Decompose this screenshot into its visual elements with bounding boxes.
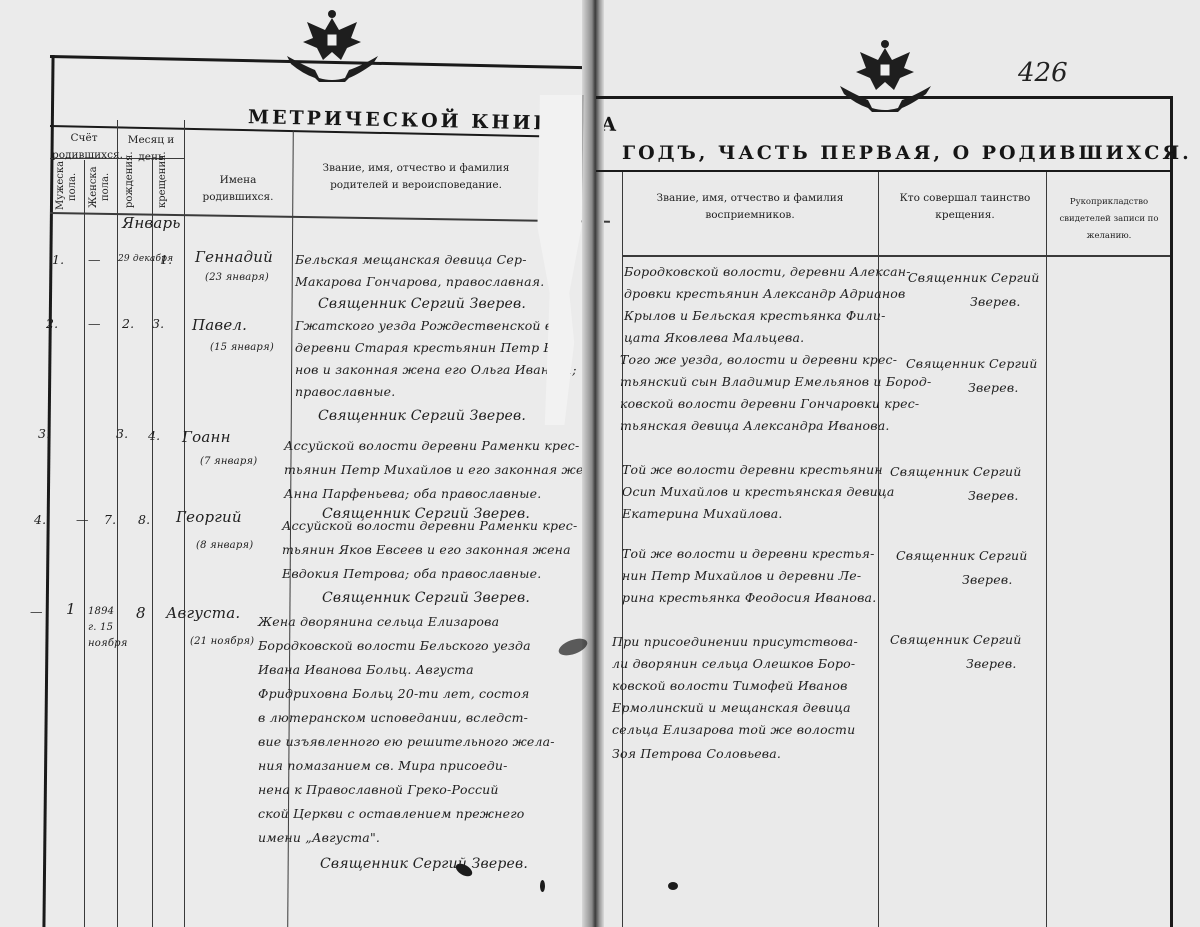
entry3-parents-1: Ассуйской волости деревни Раменки крес-	[284, 438, 579, 453]
r-entry5-godparents-1: При присоединении присутствова-	[612, 634, 858, 649]
col-line	[84, 160, 85, 927]
r-entry1-godparents-4: цата Яковлева Мальцева.	[624, 330, 804, 345]
r-entry2-performed-1: Священник Сергий	[906, 356, 1038, 371]
header-godparents: Звание, имя, отчество и фамилия восприем…	[640, 190, 860, 224]
entry5-male-no: —	[30, 604, 43, 619]
entry3-parents-3: Анна Парфеньева; оба православные.	[284, 486, 541, 501]
ink-blot	[668, 882, 678, 890]
header-parents: Звание, имя, отчество и фамилия родителе…	[296, 160, 536, 194]
r-entry5-godparents-6: Зоя Петрова Соловьева.	[612, 746, 781, 761]
entry4-name: Георгий	[176, 508, 242, 526]
entry5-parents-3: Ивана Иванова Больц. Августа	[258, 662, 474, 677]
entry5-parents-9: ской Церкви с оставлением прежнего	[258, 806, 524, 821]
entry2-male-no: 2.	[46, 316, 58, 331]
entry1-parents-2: Макарова Гончарова, православная.	[295, 274, 544, 289]
r-entry5-godparents-2: ли дворянин сельца Олешков Боро-	[612, 656, 855, 671]
r-entry5-godparents-3: ковской волости Тимофей Иванов	[612, 678, 848, 693]
entry1-baptism: 1.	[160, 252, 172, 267]
right-title-rule	[596, 170, 1172, 172]
entry5-parents-5: в лютеранском исповедании, вследст-	[258, 710, 528, 725]
r-entry4-godparents-1: Той же волости и деревни крестья-	[622, 546, 875, 561]
r-entry4-performed-2: Зверев.	[962, 572, 1013, 587]
entry1-parents-1: Бельская мещанская девица Сер-	[295, 252, 527, 267]
entry4-name-date: (8 января)	[196, 540, 253, 551]
r-entry2-godparents-1: Того же уезда, волости и деревни крес-	[620, 352, 897, 367]
entry5-parents-8: нена к Православной Греко-Россий	[258, 782, 499, 797]
entry5-priest: Священник Сергий Зверев.	[320, 856, 528, 872]
entry4-parents-3: Евдокия Петрова; оба православные.	[282, 566, 541, 581]
r-entry3-performed-2: Зверев.	[968, 488, 1019, 503]
r-entry2-godparents-4: тьянская девица Александра Иванова.	[620, 418, 890, 433]
r-entry4-performed-1: Священник Сергий	[896, 548, 1028, 563]
entry3-male-no: 3.	[38, 426, 50, 441]
entry2-female-no: —	[88, 316, 101, 331]
r-entry1-godparents-1: Бородковской волости, деревни Алексан-	[624, 264, 911, 279]
entry2-parents-1: Гжатского уезда Рождественской вол.	[295, 318, 572, 333]
entry5-baptism: 8	[136, 604, 146, 622]
right-title: ГОДЪ, ЧАСТЬ ПЕРВАЯ, О РОДИВШИХСЯ.	[622, 142, 1192, 164]
entry1-female-no: —	[88, 252, 101, 267]
r-entry2-godparents-3: ковской волости деревни Гончаровки крес-	[620, 396, 919, 411]
coat-of-arms-icon	[285, 8, 380, 83]
header-baptism: крещения.	[157, 168, 169, 208]
entry4-parents-2: тьянин Яков Евсеев и его законная жена	[282, 542, 571, 557]
entry1-name: Геннадий	[195, 248, 273, 266]
r-entry5-performed-1: Священник Сергий	[890, 632, 1022, 647]
entry2-birth: 2.	[122, 316, 134, 331]
r-entry3-godparents-1: Той же волости деревни крестьянин	[622, 462, 883, 477]
entry3-parents-2: тьянин Петр Михайлов и его законная жена	[284, 462, 600, 477]
col-line	[117, 120, 118, 927]
entry3-name: Гоанн	[182, 428, 231, 446]
r-entry5-godparents-5: сельца Елизарова той же волости	[612, 722, 855, 737]
entry4-parents-1: Ассуйской волости деревни Раменки крес-	[282, 518, 577, 533]
book-spine	[582, 0, 604, 927]
entry5-name: Августа.	[166, 604, 240, 622]
entry5-parents-4: Фридриховна Больц 20-ти лет, состоя	[258, 686, 529, 701]
col-line	[152, 160, 153, 927]
entry4-baptism: 8.	[138, 512, 150, 527]
r-entry1-performed-2: Зверев.	[970, 294, 1021, 309]
coat-of-arms-icon	[838, 38, 933, 113]
r-entry5-performed-2: Зверев.	[966, 656, 1017, 671]
col-line	[1046, 172, 1047, 927]
entry5-female-no: 1	[66, 600, 76, 618]
entry5-birth: 1894 г. 15 ноября	[88, 604, 118, 652]
ink-blot	[540, 880, 545, 892]
entry2-parents-3: нов и законная жена его Ольга Иванова;	[295, 362, 577, 377]
entry3-baptism: 4.	[148, 428, 160, 443]
right-header-bottom-rule	[622, 255, 1170, 257]
header-count-male: Мужеска пола.	[55, 164, 79, 210]
entry2-parents-2: деревни Старая крестьянин Петр Ев-	[295, 340, 565, 355]
r-entry1-godparents-3: Крылов и Бельская крестьянка Фили-	[624, 308, 886, 323]
entry1-name-date: (23 января)	[205, 272, 269, 283]
entry4-birth: 7.	[104, 512, 116, 527]
entry4-male-no: 4.	[34, 512, 46, 527]
entry5-parents-6: вие изъявленного ею решительного жела-	[258, 734, 555, 749]
right-frame-right	[1170, 96, 1173, 927]
entry5-parents-10: имени „Августа".	[258, 830, 380, 845]
header-performed-by: Кто совершал таинство крещения.	[890, 190, 1040, 224]
header-witnesses: Рукоприкладство свидетелей записи по жел…	[1050, 194, 1168, 245]
entry5-parents-7: ния помазанием св. Мира присоеди-	[258, 758, 508, 773]
r-entry3-godparents-2: Осип Михайлов и крестьянская девица	[622, 484, 895, 499]
entry1-male-no: 1.	[52, 252, 64, 267]
r-entry3-godparents-3: Екатерина Михайлова.	[622, 506, 783, 521]
page-number: 426	[1018, 58, 1068, 88]
entry4-female-no: —	[76, 512, 89, 527]
entry3-name-date: (7 января)	[200, 456, 257, 467]
entry2-name-date: (15 января)	[210, 342, 274, 353]
r-entry5-godparents-4: Ермолинский и мещанская девица	[612, 700, 851, 715]
entry5-name-date: (21 ноября)	[190, 636, 254, 647]
entry1-priest: Священник Сергий Зверев.	[318, 296, 526, 312]
entry2-priest: Священник Сергий Зверев.	[318, 408, 526, 424]
header-count-group: Счёт родившихся.	[52, 130, 116, 164]
r-entry3-performed-1: Священник Сергий	[890, 464, 1022, 479]
entry3-birth: 3.	[116, 426, 128, 441]
header-names-born: Имена родившихся.	[186, 172, 290, 206]
entry5-parents-1: Жена дворянина сельца Елизарова	[258, 614, 499, 629]
entry2-baptism: 3.	[152, 316, 164, 331]
entry2-name: Павел.	[192, 316, 247, 334]
r-entry2-performed-2: Зверев.	[968, 380, 1019, 395]
month-label: Январь	[122, 214, 181, 232]
r-entry2-godparents-2: тьянский сын Владимир Емельянов и Бород-	[620, 374, 931, 389]
r-entry1-performed-1: Священник Сергий	[908, 270, 1040, 285]
r-entry4-godparents-2: нин Петр Михайлов и деревни Ле-	[622, 568, 861, 583]
entry4-priest: Священник Сергий Зверев.	[322, 590, 530, 606]
r-entry1-godparents-2: дровки крестьянин Александр Адрианов	[624, 286, 906, 301]
header-count-female: Женска пола.	[88, 164, 112, 210]
entry2-parents-4: православные.	[295, 384, 395, 399]
r-entry4-godparents-3: рина крестьянка Феодосия Иванова.	[622, 590, 876, 605]
entry5-parents-2: Бородковской волости Бельского уезда	[258, 638, 531, 653]
header-birth: рождения.	[124, 168, 136, 208]
